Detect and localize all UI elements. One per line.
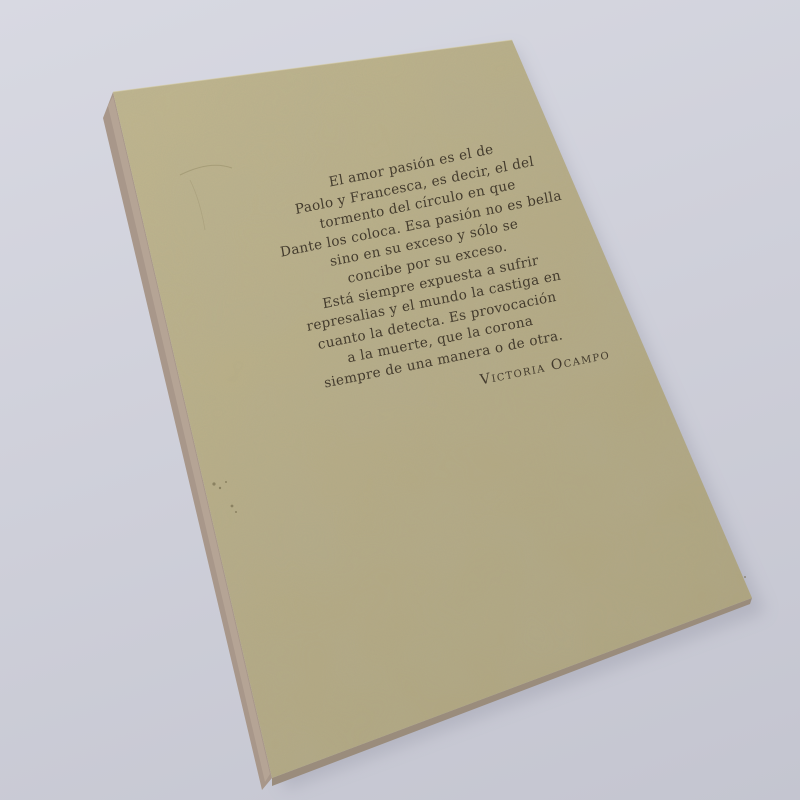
cover-grain [113,40,752,778]
photo-scene: El amor pasión es el de Paolo y Francesc… [0,0,800,800]
